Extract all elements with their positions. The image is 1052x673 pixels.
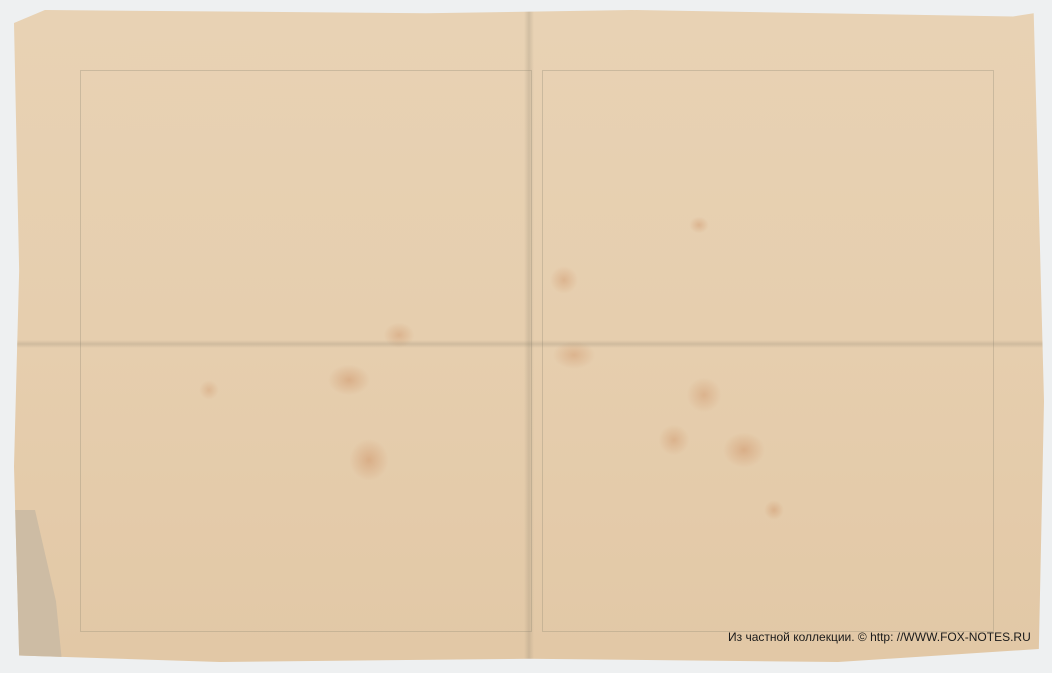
- vertical-fold: [524, 10, 534, 662]
- horizontal-fold: [14, 340, 1044, 348]
- printed-frame-left: [80, 70, 532, 632]
- repair-patch: [14, 510, 74, 662]
- printed-frame-right: [542, 70, 994, 632]
- banknote: ​: [14, 10, 1044, 662]
- watermark-credit: Из частной коллекции. © http: //WWW.FOX-…: [728, 630, 1031, 644]
